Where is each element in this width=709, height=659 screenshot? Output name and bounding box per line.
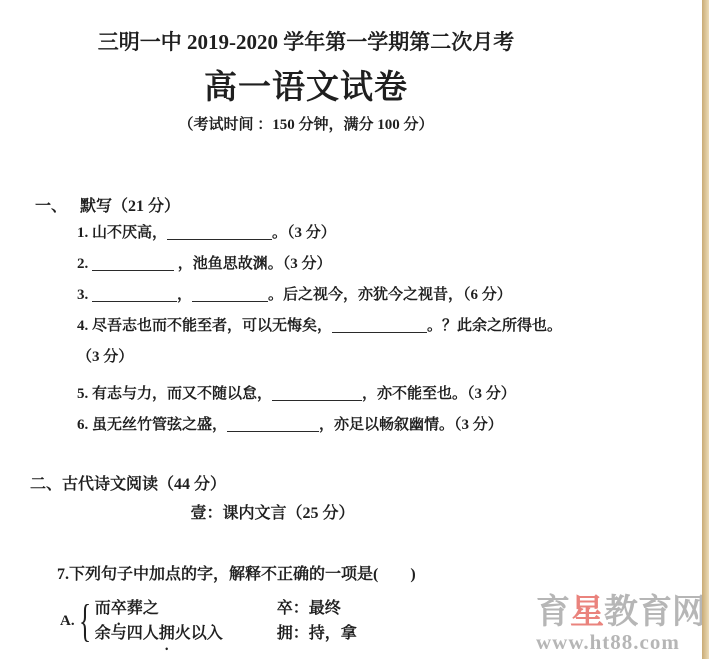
answer-blank (332, 319, 427, 333)
gloss-text: 拥：持，拿 (277, 621, 357, 646)
answer-blank (167, 226, 272, 240)
dictation-item: 5. 有志与力，而又不随以怠，，亦不能至也。（3 分） (77, 379, 639, 410)
watermark-text-pre: 育 (536, 594, 570, 631)
section-two-number: 二、 (30, 476, 62, 493)
option-row: 而卒葬之卒：最终 (95, 596, 357, 621)
watermark-text-post: 教育网 (604, 594, 706, 631)
section-one-heading: 一、默写（21 分） (35, 193, 180, 216)
dictation-item: 2. ，池鱼思故渊。（3 分） (77, 249, 639, 280)
watermark-star: 星 (570, 594, 604, 631)
quoted-phrase: 而卒葬之 (95, 596, 277, 621)
exam-page: 三明一中 2019-2020 学年第一学期第二次月考 高一语文试卷 （考试时间 … (0, 0, 709, 659)
answer-blank (192, 288, 268, 302)
dictation-item: 6. 虽无丝竹管弦之盛，，亦足以畅叙幽情。（3 分） (77, 410, 639, 441)
answer-blank (92, 288, 177, 302)
page-edge (702, 0, 709, 659)
answer-blank (227, 418, 319, 432)
emphasized-char: 拥 (159, 621, 175, 646)
dictation-item: 4. 尽吾志也而不能至者，可以无悔矣，。？此余之所得也。（3 分） (77, 311, 639, 373)
section-one-number: 一、 (35, 193, 80, 216)
question-7-stem: 7.下列句子中加点的字，解释不正确的一项是( ) (57, 565, 667, 585)
answer-blank (92, 257, 174, 271)
watermark: 育星教育网 www.ht88.com (536, 594, 706, 653)
gloss-text: 卒：最终 (277, 596, 341, 621)
section-two-title: 古代诗文阅读（44 分） (62, 476, 226, 493)
dictation-item: 3. ，。后之视今，亦犹今之视昔，（6 分） (77, 280, 639, 311)
exam-title: 高一语文试卷 (0, 61, 612, 108)
option-pairs: 而卒葬之卒：最终余与四人拥火以入拥：持，拿 (95, 596, 357, 646)
watermark-url: www.ht88.com (536, 631, 706, 653)
option-label: A. (60, 613, 75, 630)
exam-header-school: 三明一中 2019-2020 学年第一学期第二次月考 (0, 26, 612, 56)
emphasized-char: 卒 (111, 596, 127, 621)
exam-info-line: （考试时间 ：150 分钟，满分 100 分） (0, 113, 612, 134)
section-one-title: 默写（21 分） (80, 198, 180, 215)
brace-glyph: { (79, 598, 91, 644)
section-two-heading: 二、古代诗文阅读（44 分） (30, 471, 226, 494)
subsection-heading: 壹：课内文言（25 分） (0, 500, 545, 523)
watermark-site-name: 育星教育网 (536, 594, 706, 631)
dictation-list: 1. 山不厌高，。（3 分）2. ，池鱼思故渊。（3 分）3. ，。后之视今，亦… (77, 218, 639, 441)
dictation-item: 1. 山不厌高，。（3 分） (77, 218, 639, 249)
quoted-phrase: 余与四人拥火以入 (95, 621, 277, 646)
option-row: 余与四人拥火以入拥：持，拿 (95, 621, 357, 646)
answer-blank (272, 387, 362, 401)
